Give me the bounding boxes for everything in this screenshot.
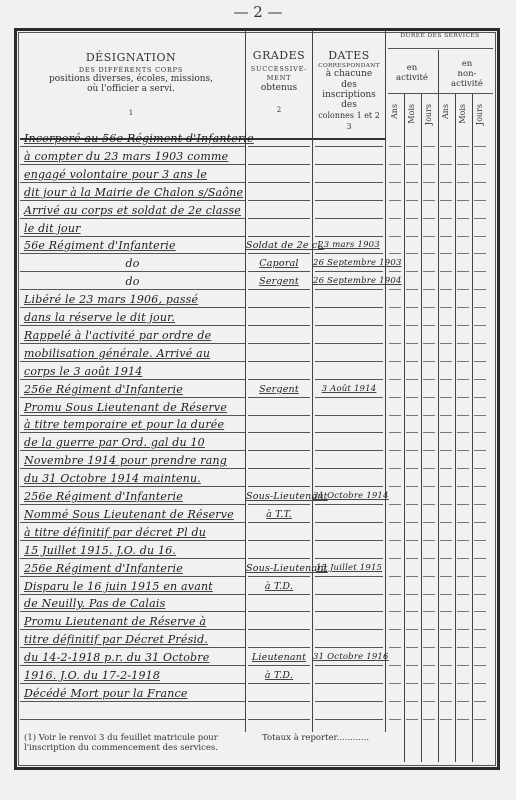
- row-rule: [20, 164, 245, 165]
- grade-entry: Sergent: [246, 276, 312, 287]
- row-rule: [248, 182, 310, 183]
- row-tick: [423, 540, 435, 541]
- row-tick: [440, 683, 452, 684]
- row-tick: [406, 325, 418, 326]
- row-tick: [406, 665, 418, 666]
- row-tick: [440, 361, 452, 362]
- row-rule: [248, 647, 310, 648]
- grade-entry: à T.D.: [246, 581, 312, 592]
- row-tick: [474, 576, 486, 577]
- row-rule: [248, 289, 310, 290]
- row-tick: [457, 522, 469, 523]
- header-grades-line2: MENT: [246, 75, 312, 82]
- header-designation-line2: positions diverses, écoles, missions,: [20, 74, 242, 84]
- row-tick: [474, 218, 486, 219]
- row-rule: [20, 307, 245, 308]
- row-tick: [457, 307, 469, 308]
- row-tick: [423, 146, 435, 147]
- date-entry: 31 Octobre 1916: [313, 652, 385, 662]
- header-designation-colnum: 1: [20, 109, 242, 117]
- row-tick: [406, 307, 418, 308]
- header-designation-line1: DES DIFFÉRENTS CORPS: [20, 67, 242, 74]
- row-rule: [20, 415, 245, 416]
- row-tick: [406, 629, 418, 630]
- row-tick: [440, 647, 452, 648]
- row-rule: [20, 397, 245, 398]
- row-rule: [20, 647, 245, 648]
- column-divider: [455, 94, 456, 762]
- row-tick: [440, 719, 452, 720]
- unit-label-jours: Jours: [475, 104, 484, 125]
- row-tick: [457, 701, 469, 702]
- row-rule: [248, 611, 310, 612]
- designation-line: de la guerre par Ord. gal du 10: [24, 436, 205, 449]
- footer-note-line2: l'inscription du commencement des servic…: [24, 743, 218, 753]
- designation-line: Incorporé au 56e Régiment d'Infanterie: [24, 132, 254, 145]
- row-tick: [423, 307, 435, 308]
- row-tick: [406, 594, 418, 595]
- row-rule: [20, 361, 245, 362]
- row-tick: [389, 271, 401, 272]
- row-tick: [440, 540, 452, 541]
- row-tick: [474, 558, 486, 559]
- header-designation-line3: où l'officier a servi.: [20, 84, 242, 94]
- header-designation: DÉSIGNATION DES DIFFÉRENTS CORPS positio…: [20, 52, 242, 117]
- header-dates-line2: à chacune: [313, 69, 385, 79]
- row-tick: [474, 415, 486, 416]
- row-tick: [474, 701, 486, 702]
- row-rule: [248, 540, 310, 541]
- row-tick: [457, 289, 469, 290]
- column-divider: [472, 94, 473, 762]
- row-tick: [474, 253, 486, 254]
- row-rule: [248, 468, 310, 469]
- row-rule: [248, 432, 310, 433]
- row-rule: [248, 558, 310, 559]
- row-rule: [315, 522, 383, 523]
- row-tick: [423, 415, 435, 416]
- row-tick: [406, 343, 418, 344]
- row-rule: [20, 271, 245, 272]
- row-tick: [457, 576, 469, 577]
- row-tick: [457, 236, 469, 237]
- row-tick: [406, 504, 418, 505]
- row-rule: [315, 218, 383, 219]
- row-tick: [457, 647, 469, 648]
- row-rule: [20, 504, 245, 505]
- row-rule: [315, 361, 383, 362]
- header-activite: en activité: [387, 64, 437, 84]
- row-rule: [248, 397, 310, 398]
- row-tick: [389, 486, 401, 487]
- row-tick: [423, 236, 435, 237]
- row-tick: [423, 629, 435, 630]
- header-grades: GRADES SUCCESSIVE- MENT obtenus 2: [246, 50, 312, 114]
- designation-line: Nommé Sous Lieutenant de Réserve: [24, 508, 234, 521]
- row-tick: [423, 164, 435, 165]
- row-rule: [315, 182, 383, 183]
- row-tick: [457, 594, 469, 595]
- header-dates: DATES CORRESPONDANT à chacune des inscri…: [313, 50, 385, 131]
- row-tick: [474, 486, 486, 487]
- row-tick: [440, 558, 452, 559]
- row-tick: [389, 665, 401, 666]
- row-tick: [406, 253, 418, 254]
- row-tick: [423, 450, 435, 451]
- designation-line: à titre définitif par décret Pl du: [24, 526, 206, 539]
- row-rule: [20, 683, 245, 684]
- designation-line: Libéré le 23 mars 1906, passé: [24, 293, 198, 306]
- row-tick: [423, 665, 435, 666]
- row-rule: [20, 432, 245, 433]
- row-rule: [20, 468, 245, 469]
- row-tick: [457, 665, 469, 666]
- row-tick: [423, 647, 435, 648]
- row-tick: [440, 200, 452, 201]
- row-tick: [389, 164, 401, 165]
- row-tick: [389, 200, 401, 201]
- row-rule: [315, 379, 383, 380]
- row-tick: [457, 253, 469, 254]
- designation-line: corps le 3 août 1914: [24, 365, 142, 378]
- row-rule: [248, 218, 310, 219]
- row-tick: [389, 325, 401, 326]
- designation-line: Disparu le 16 juin 1915 en avant: [24, 580, 213, 593]
- row-tick: [406, 468, 418, 469]
- row-tick: [457, 415, 469, 416]
- row-tick: [457, 432, 469, 433]
- row-tick: [474, 361, 486, 362]
- date-entry: 26 Septembre 1904: [313, 276, 385, 286]
- header-non-activite: en non- activité: [440, 60, 494, 89]
- row-rule: [20, 486, 245, 487]
- row-tick: [406, 200, 418, 201]
- header-grades-title: GRADES: [246, 50, 312, 63]
- designation-line: engagé volontaire pour 3 ans le: [24, 168, 207, 181]
- row-rule: [20, 540, 245, 541]
- row-tick: [389, 611, 401, 612]
- row-rule: [20, 200, 245, 201]
- row-tick: [440, 182, 452, 183]
- designation-line: à compter du 23 mars 1903 comme: [24, 150, 228, 163]
- row-rule: [315, 683, 383, 684]
- row-tick: [423, 397, 435, 398]
- row-tick: [423, 683, 435, 684]
- row-tick: [389, 468, 401, 469]
- row-tick: [440, 522, 452, 523]
- header-duree-title: DURÉE DES SERVICES: [387, 33, 493, 40]
- row-rule: [20, 701, 245, 702]
- row-tick: [457, 343, 469, 344]
- row-rule: [315, 450, 383, 451]
- row-rule: [248, 594, 310, 595]
- row-tick: [474, 182, 486, 183]
- row-tick: [423, 200, 435, 201]
- row-tick: [389, 683, 401, 684]
- row-rule: [20, 343, 245, 344]
- row-rule: [248, 325, 310, 326]
- designation-line: Décédé Mort pour la France: [24, 687, 188, 700]
- row-tick: [389, 397, 401, 398]
- row-rule: [315, 253, 383, 254]
- row-tick: [457, 683, 469, 684]
- row-tick: [440, 218, 452, 219]
- row-tick: [474, 325, 486, 326]
- row-tick: [440, 450, 452, 451]
- designation-line: mobilisation générale. Arrivé au: [24, 347, 210, 360]
- row-rule: [248, 522, 310, 523]
- row-tick: [474, 432, 486, 433]
- row-tick: [406, 611, 418, 612]
- row-tick: [457, 361, 469, 362]
- row-tick: [389, 522, 401, 523]
- row-rule: [248, 271, 310, 272]
- row-rule: [20, 665, 245, 666]
- row-tick: [474, 647, 486, 648]
- row-tick: [440, 594, 452, 595]
- row-tick: [457, 558, 469, 559]
- row-rule: [20, 146, 245, 147]
- designation-line: Rappelé à l'activité par ordre de: [24, 329, 211, 342]
- row-rule: [315, 558, 383, 559]
- row-rule: [315, 719, 383, 720]
- row-rule: [20, 522, 245, 523]
- row-rule: [315, 164, 383, 165]
- row-rule: [20, 379, 245, 380]
- row-tick: [406, 236, 418, 237]
- row-rule: [248, 719, 310, 720]
- row-tick: [474, 379, 486, 380]
- column-divider: [438, 50, 439, 762]
- row-rule: [248, 146, 310, 147]
- row-rule: [248, 665, 310, 666]
- row-tick: [440, 397, 452, 398]
- row-rule: [315, 325, 383, 326]
- row-tick: [474, 468, 486, 469]
- unit-label-ans: Ans: [390, 104, 399, 119]
- row-rule: [248, 683, 310, 684]
- designation-line: Promu Sous Lieutenant de Réserve: [24, 401, 227, 414]
- row-tick: [474, 146, 486, 147]
- designation-line: 256e Régiment d'Infanterie: [24, 562, 183, 575]
- row-rule: [315, 486, 383, 487]
- header-grades-line1: SUCCESSIVE-: [246, 66, 312, 73]
- row-rule: [315, 594, 383, 595]
- row-rule: [315, 397, 383, 398]
- row-tick: [406, 701, 418, 702]
- row-rule: [20, 236, 245, 237]
- row-tick: [423, 611, 435, 612]
- row-tick: [474, 450, 486, 451]
- row-tick: [457, 397, 469, 398]
- totals-label: Totaux à reporter............: [262, 733, 369, 743]
- unit-label-mois: Mois: [458, 104, 467, 124]
- row-rule: [20, 719, 245, 720]
- row-tick: [474, 271, 486, 272]
- designation-line: de Neuilly. Pas de Calais: [24, 597, 165, 610]
- row-tick: [423, 218, 435, 219]
- date-entry: 23 mars 1903: [313, 240, 385, 250]
- row-tick: [457, 164, 469, 165]
- row-tick: [440, 486, 452, 487]
- row-rule: [248, 701, 310, 702]
- row-tick: [440, 325, 452, 326]
- row-tick: [423, 271, 435, 272]
- row-tick: [474, 289, 486, 290]
- row-rule: [248, 576, 310, 577]
- row-tick: [389, 504, 401, 505]
- row-tick: [423, 343, 435, 344]
- row-tick: [389, 415, 401, 416]
- row-tick: [440, 379, 452, 380]
- designation-line: Novembre 1914 pour prendre rang: [24, 454, 227, 467]
- date-entry: 31 Octobre 1914: [313, 491, 385, 501]
- designation-line: do: [20, 275, 245, 288]
- row-tick: [440, 164, 452, 165]
- unit-label-mois: Mois: [407, 104, 416, 124]
- row-tick: [440, 271, 452, 272]
- row-tick: [474, 611, 486, 612]
- row-tick: [440, 415, 452, 416]
- row-rule: [20, 450, 245, 451]
- duree-divider: [388, 48, 493, 49]
- row-rule: [248, 450, 310, 451]
- row-tick: [440, 576, 452, 577]
- row-tick: [457, 325, 469, 326]
- row-tick: [406, 683, 418, 684]
- row-rule: [248, 307, 310, 308]
- designation-line: 15 Juillet 1915. J.O. du 16.: [24, 544, 176, 557]
- unit-label-jours: Jours: [424, 104, 433, 125]
- row-tick: [440, 236, 452, 237]
- row-tick: [457, 218, 469, 219]
- header-designation-title: DÉSIGNATION: [20, 52, 242, 65]
- grade-entry: Soldat de 2e cl.: [246, 240, 312, 251]
- column-divider: [421, 94, 422, 762]
- row-tick: [440, 253, 452, 254]
- row-rule: [248, 343, 310, 344]
- row-tick: [423, 576, 435, 577]
- designation-line: Promu Lieutenant de Réserve à: [24, 615, 206, 628]
- row-rule: [20, 289, 245, 290]
- row-tick: [406, 289, 418, 290]
- grade-entry: Sous-Lieutenant: [246, 563, 312, 574]
- row-rule: [20, 629, 245, 630]
- row-tick: [457, 200, 469, 201]
- row-tick: [474, 504, 486, 505]
- row-tick: [457, 611, 469, 612]
- column-divider: [312, 30, 313, 732]
- row-tick: [423, 361, 435, 362]
- row-rule: [20, 182, 245, 183]
- row-tick: [389, 218, 401, 219]
- date-entry: 15 Juillet 1915: [313, 563, 385, 573]
- row-tick: [389, 379, 401, 380]
- designation-line: dans la réserve le dit jour.: [24, 311, 175, 324]
- row-tick: [389, 343, 401, 344]
- row-tick: [406, 271, 418, 272]
- row-tick: [423, 504, 435, 505]
- row-tick: [440, 611, 452, 612]
- row-tick: [389, 540, 401, 541]
- row-rule: [20, 594, 245, 595]
- row-tick: [389, 432, 401, 433]
- row-tick: [389, 253, 401, 254]
- row-tick: [389, 289, 401, 290]
- row-tick: [457, 486, 469, 487]
- row-tick: [440, 701, 452, 702]
- row-tick: [389, 450, 401, 451]
- row-tick: [457, 504, 469, 505]
- row-tick: [406, 182, 418, 183]
- row-tick: [406, 450, 418, 451]
- date-entry: 3 Août 1914: [313, 384, 385, 394]
- row-tick: [457, 719, 469, 720]
- designation-line: dit jour à la Mairie de Chalon s/Saône: [24, 186, 243, 199]
- row-rule: [248, 415, 310, 416]
- row-tick: [389, 307, 401, 308]
- row-tick: [406, 146, 418, 147]
- row-rule: [248, 379, 310, 380]
- row-tick: [474, 540, 486, 541]
- unit-divider: [388, 93, 493, 94]
- row-tick: [457, 629, 469, 630]
- designation-line: 56e Régiment d'Infanterie: [24, 239, 176, 252]
- row-rule: [20, 611, 245, 612]
- row-rule: [248, 200, 310, 201]
- designation-line: do: [20, 257, 245, 270]
- row-rule: [20, 325, 245, 326]
- row-rule: [315, 629, 383, 630]
- header-grades-colnum: 2: [246, 106, 312, 114]
- row-tick: [423, 594, 435, 595]
- row-tick: [423, 253, 435, 254]
- row-rule: [315, 343, 383, 344]
- row-rule: [315, 647, 383, 648]
- row-tick: [423, 522, 435, 523]
- row-rule: [248, 253, 310, 254]
- row-tick: [423, 289, 435, 290]
- row-rule: [248, 164, 310, 165]
- row-tick: [406, 432, 418, 433]
- row-tick: [389, 361, 401, 362]
- row-tick: [440, 665, 452, 666]
- row-rule: [315, 665, 383, 666]
- row-tick: [474, 200, 486, 201]
- grade-entry: à T.D.: [246, 670, 312, 681]
- row-tick: [389, 719, 401, 720]
- row-tick: [423, 432, 435, 433]
- row-rule: [248, 236, 310, 237]
- row-tick: [423, 701, 435, 702]
- column-divider: [385, 30, 386, 732]
- row-tick: [440, 343, 452, 344]
- row-tick: [474, 629, 486, 630]
- row-tick: [440, 468, 452, 469]
- header-dates-line3: des inscriptions: [313, 80, 385, 101]
- row-tick: [389, 629, 401, 630]
- footer-note-line1: (1) Voir le renvoi 3 du feuillet matricu…: [24, 733, 218, 743]
- row-tick: [474, 343, 486, 344]
- row-tick: [406, 379, 418, 380]
- row-tick: [440, 629, 452, 630]
- row-tick: [440, 432, 452, 433]
- row-tick: [457, 271, 469, 272]
- grade-entry: Sous-Lieutenant: [246, 491, 312, 502]
- row-rule: [315, 576, 383, 577]
- row-rule: [315, 415, 383, 416]
- designation-line: à titre temporaire et pour la durée: [24, 418, 224, 431]
